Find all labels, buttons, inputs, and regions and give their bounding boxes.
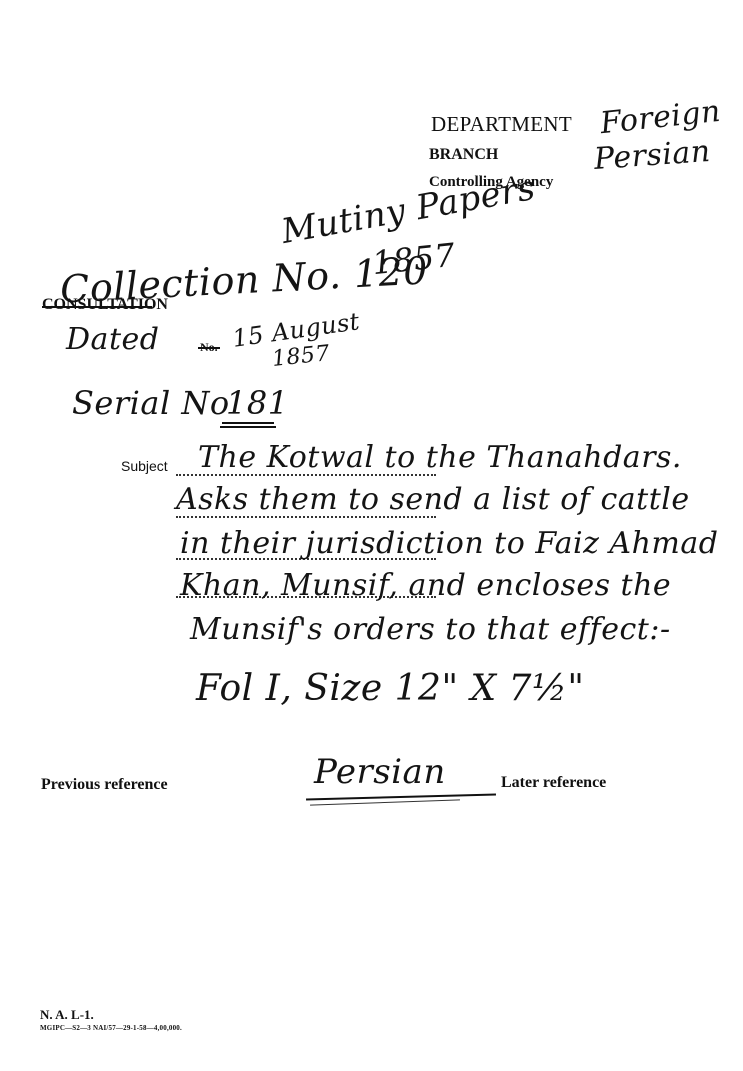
subject-line: in their jurisdiction to Faiz Ahmad <box>180 526 718 561</box>
folio-size: Fol I, Size 12" X 7½" <box>196 668 584 709</box>
subject-line: Khan, Munsif, and encloses the <box>180 568 671 603</box>
reference-underline <box>306 794 496 800</box>
branch-label: BRANCH <box>429 146 498 164</box>
subject-line: Asks them to send a list of cattle <box>176 482 690 517</box>
reference-language: Persian <box>314 752 446 792</box>
subject-line: The Kotwal to the Thanahdars. <box>198 440 682 475</box>
subject-line: Munsif's orders to that effect:- <box>190 612 671 647</box>
serial-underline-2 <box>220 426 276 428</box>
form-code: N. A. L-1. <box>40 1007 94 1023</box>
dated-label: Dated <box>66 322 159 357</box>
department-label: DEPARTMENT <box>431 112 572 137</box>
consultation-date-year: 1857 <box>271 341 331 372</box>
branch-value: Persian <box>593 134 712 177</box>
consultation-strikethrough <box>42 306 152 308</box>
serial-label: Serial No <box>72 384 230 422</box>
serial-underline <box>222 422 274 424</box>
print-code: MGIPC—S2—3 NAI/57—29-1-58—4,00,000. <box>40 1024 182 1032</box>
serial-number: 181 <box>226 384 289 422</box>
later-reference-label: Later reference <box>501 774 606 792</box>
previous-reference-label: Previous reference <box>41 776 168 794</box>
no-strikethrough <box>198 347 220 349</box>
reference-underline-2 <box>310 799 460 805</box>
consultation-label: CONSULTATION <box>42 296 168 314</box>
subject-label: Subject <box>121 458 168 474</box>
